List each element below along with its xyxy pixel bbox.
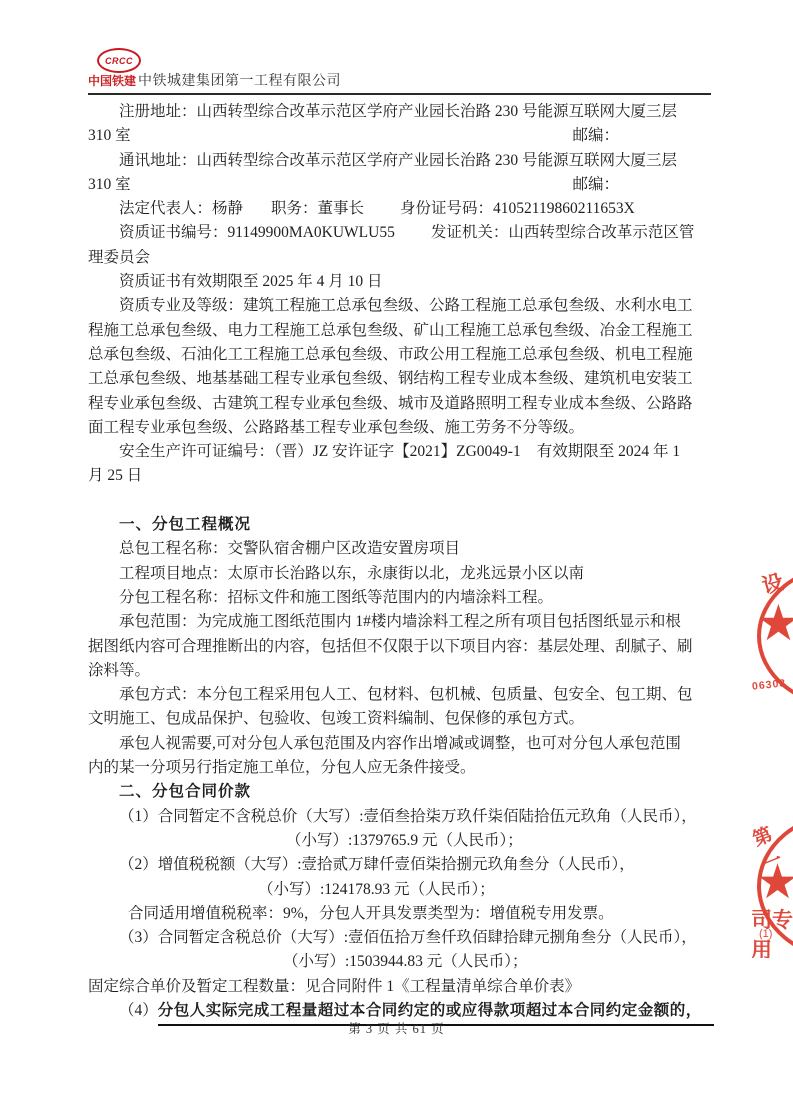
line-safety-license-cont: 月 25 日 — [88, 464, 714, 488]
seal-lower-sub-label: (1) — [759, 928, 772, 940]
crcc-logo-brand: 中国铁建 — [88, 72, 136, 89]
seal-star-icon: ★ — [756, 858, 793, 906]
line-adjustment-clause-2: 内的某一分项另行指定施工单位，分包人应无条件接受。 — [88, 756, 714, 780]
safety-license-no: 安全生产许可证编号：（晋）JZ 安许证字【2021】ZG0049-1 — [119, 440, 521, 464]
position-title: 职务：董事长 — [271, 197, 364, 221]
line-qualifications-3: 总承包叁级、石油化工工程施工总承包叁级、市政公用工程施工总承包叁级、机电工程施 — [88, 343, 714, 367]
line-mailing-room: 310 室 邮编： — [88, 173, 714, 197]
seal-upper-number: 06303 — [751, 677, 786, 693]
line-contract-method-2: 文明施工、包成品保护、包验收、包竣工资料编制、包保修的承包方式。 — [88, 707, 714, 731]
line-certificate-validity: 资质证书有效期限至 2025 年 4 月 10 日 — [88, 270, 714, 294]
line-item3-figures: （小写）:1503944.83 元（人民币）； — [88, 950, 714, 974]
line-tax-rate: 合同适用增值税税率：9%，分包人开具发票类型为：增值税专用发票。 — [88, 902, 714, 926]
document-body: 注册地址：山西转型综合改革示范区学府产业园长治路 230 号能源互联网大厦三层 … — [88, 100, 714, 1026]
mailing-room: 310 室 — [88, 173, 131, 197]
line-qualifications-2: 程施工总承包叁级、电力工程施工总承包叁级、矿山工程施工总承包叁级、冶金工程施工 — [88, 319, 714, 343]
registered-postal-label: 邮编： — [572, 124, 619, 148]
line-contract-scope-1: 承包范围：为完成施工图纸范围内 1#楼内墙涂料工程之所有项目包括图纸显示和根 — [88, 610, 714, 634]
line-qualifications-5: 程专业承包叁级、古建筑工程专业承包叁级、城市及道路照明工程专业成本叁级、公路路 — [88, 392, 714, 416]
official-seal-lower: 第一 ★ 司专用 (1) — [751, 806, 793, 958]
line-item1-words: （1）合同暂定不含税总价（大写）:壹佰叁拾柒万玖仟柒佰陆拾伍元玖角（人民币）， — [88, 805, 714, 829]
line-contract-scope-2: 据图纸内容可合理推断出的内容，包括但不仅限于以下项目内容：基层处理、刮腻子、刷 — [88, 635, 714, 659]
line-legal-representative: 法定代表人：杨静 职务：董事长 身份证号码：41052119860211653X — [88, 197, 714, 221]
blank-line — [88, 489, 714, 513]
legal-representative: 法定代表人：杨静 — [119, 197, 243, 221]
header-divider — [88, 93, 711, 95]
official-seal-upper: 设 ★ 06303 — [751, 558, 793, 710]
company-header: CRCC 中国铁建 中铁城建集团第一工程有限公司 — [88, 46, 711, 92]
line-qualifications-6: 面工程专业承包叁级、公路路基工程专业承包叁级、施工劳务不分等级。 — [88, 416, 714, 440]
line-subcontract-name: 分包工程名称：招标文件和施工图纸等范围内的内墙涂料工程。 — [88, 586, 714, 610]
line-issuing-authority-cont: 理委员会 — [88, 246, 714, 270]
line-qualifications-4: 工总承包叁级、地基基础工程专业承包叁级、钢结构工程专业成本叁级、建筑机电安装工 — [88, 367, 714, 391]
company-name: 中铁城建集团第一工程有限公司 — [138, 70, 341, 90]
line-qualifications-1: 资质专业及等级：建筑工程施工总承包叁级、公路工程施工总承包叁级、水利水电工 — [88, 294, 714, 318]
line-item3-words: （3）合同暂定含税总价（大写）:壹佰伍拾万叁仟玖佰肆拾肆元捌角叁分（人民币）， — [88, 926, 714, 950]
line-item2-figures: （小写）:124178.93 元（人民币）； — [88, 878, 714, 902]
line-item1-figures: （小写）:1379765.9 元（人民币）； — [88, 829, 714, 853]
line-fixed-unit-price: 固定综合单价及暂定工程数量：见合同附件 1《工程量清单综合单价表》 — [88, 975, 714, 999]
line-contract-scope-3: 涂料等。 — [88, 659, 714, 683]
issuing-authority: 发证机关：山西转型综合改革示范区管 — [431, 221, 695, 245]
crcc-logo-abbr: CRCC — [105, 56, 133, 66]
certificate-no: 资质证书编号：91149900MA0KUWLU55 — [119, 221, 395, 245]
line-item2-words: （2）增值税税额（大写）:壹拾贰万肆仟壹佰柒拾捌元玖角叁分（人民币）， — [88, 853, 714, 877]
page-number: 第 3 页 共 61 页 — [0, 1019, 793, 1037]
line-registered-room: 310 室 邮编： — [88, 124, 714, 148]
line-registered-address: 注册地址：山西转型综合改革示范区学府产业园长治路 230 号能源互联网大厦三层 — [88, 100, 714, 124]
line-certificate-no: 资质证书编号：91149900MA0KUWLU55 发证机关：山西转型综合改革示… — [88, 221, 714, 245]
crcc-logo-icon: CRCC — [97, 48, 141, 73]
line-mailing-address: 通讯地址：山西转型综合改革示范区学府产业园长治路 230 号能源互联网大厦三层 — [88, 149, 714, 173]
line-contract-method-1: 承包方式：本分包工程采用包人工、包材料、包机械、包质量、包安全、包工期、包 — [88, 683, 714, 707]
registered-room: 310 室 — [88, 124, 131, 148]
id-number: 身份证号码：41052119860211653X — [400, 197, 635, 221]
line-general-contract-name: 总包工程名称：交警队宿舍棚户区改造安置房项目 — [88, 537, 714, 561]
seal-star-icon: ★ — [756, 598, 793, 648]
section1-heading: 一、分包工程概况 — [88, 513, 714, 537]
safety-license-validity: 有效期限至 2024 年 1 — [537, 440, 680, 464]
mailing-postal-label: 邮编： — [572, 173, 619, 197]
section2-heading: 二、分包合同价款 — [88, 780, 714, 804]
line-adjustment-clause-1: 承包人视需要,可对分包人承包范围及内容作出增减或调整，也可对分包人承包范围 — [88, 732, 714, 756]
line-project-location: 工程项目地点：太原市长治路以东，永康街以北，龙兆远景小区以南 — [88, 562, 714, 586]
line-safety-license: 安全生产许可证编号：（晋）JZ 安许证字【2021】ZG0049-1 有效期限至… — [88, 440, 714, 464]
document-page: CRCC 中国铁建 中铁城建集团第一工程有限公司 注册地址：山西转型综合改革示范… — [0, 0, 793, 1099]
